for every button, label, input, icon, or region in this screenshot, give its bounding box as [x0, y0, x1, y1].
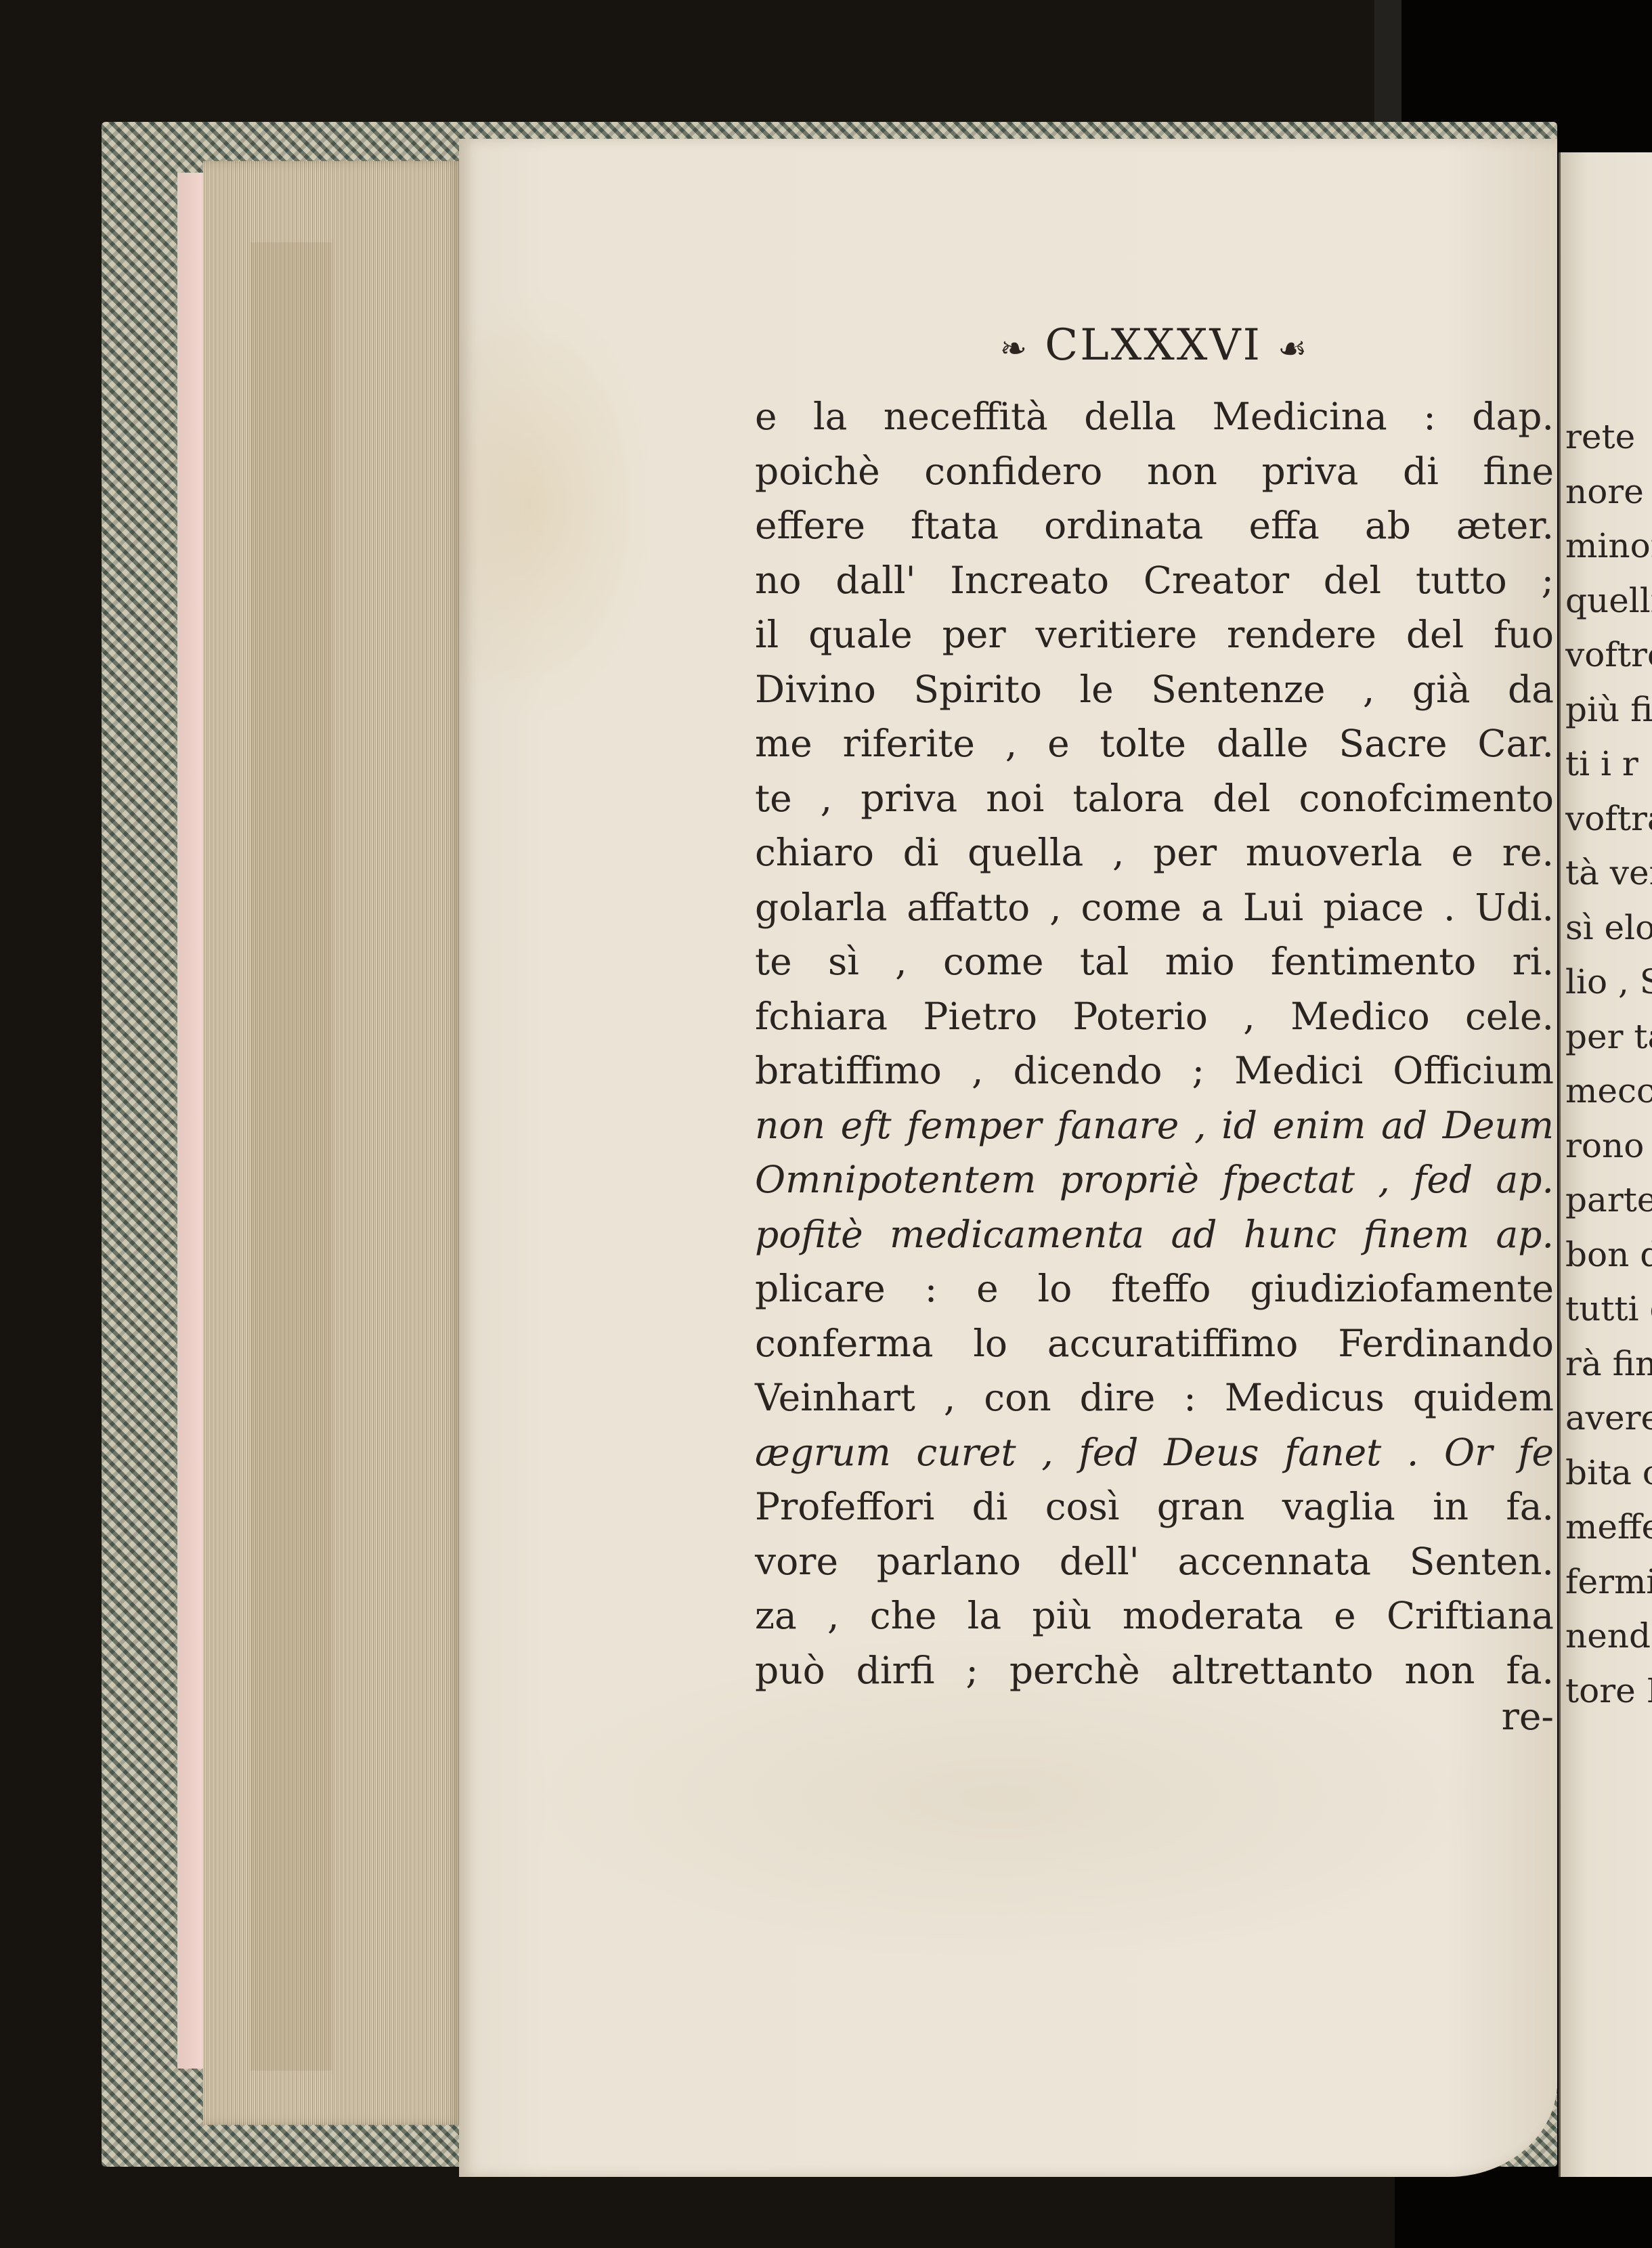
text-line: me riferite , e tolte dalle Sacre Car. [755, 716, 1554, 771]
page-edge-block [203, 161, 460, 2125]
text-line: te sì , come tal mio fentimento ri. [755, 934, 1554, 989]
text-line: e la neceffità della Medicina : dap. [755, 389, 1554, 444]
facing-text-line: voftra [1565, 792, 1652, 846]
facing-text-line: tutti c [1565, 1282, 1652, 1337]
facing-text-line: minor [1565, 519, 1652, 574]
facing-text-line: fermi [1565, 1555, 1652, 1609]
facing-text-line: parte [1565, 1173, 1652, 1228]
text-line: effere ftata ordinata effa ab æter. [755, 498, 1554, 553]
text-line: pofitè medicamenta ad hunc finem ap. [755, 1207, 1554, 1261]
facing-text-line: tà ver [1565, 846, 1652, 901]
facing-text-line: rono [1565, 1119, 1652, 1173]
facing-text-line: nore [1565, 464, 1652, 519]
text-line: non eft femper fanare , id enim ad Deum [755, 1098, 1554, 1152]
text-line: ægrum curet , fed Deus fanet . Or fe [755, 1425, 1554, 1479]
text-line: chiaro di quella , per muoverla e re. [755, 825, 1554, 880]
facing-text-line: bita ca [1565, 1446, 1652, 1500]
text-line: golarla affatto , come a Lui piace . Udi… [755, 880, 1554, 934]
text-line: te , priva noi talora del conofcimento [755, 771, 1554, 825]
facing-text-line: tore I [1565, 1664, 1652, 1719]
text-line: Veinhart , con dire : Medicus quidem [755, 1370, 1554, 1425]
catchword: re- [755, 1689, 1554, 1744]
facing-text-line: per ta [1565, 1010, 1652, 1064]
text-line: fchiara Pietro Poterio , Medico cele. [755, 989, 1554, 1043]
text-line: il quale per veritiere rendere del fuo [755, 607, 1554, 662]
text-line: no dall' Increato Creator del tutto ; [755, 553, 1554, 607]
facing-text-line: bon d [1565, 1228, 1652, 1282]
facing-text-line: lio , S [1565, 955, 1652, 1010]
text-line: za , che la più moderata e Criftiana [755, 1588, 1554, 1643]
text-line: bratiffimo , dicendo ; Medici Officium [755, 1043, 1554, 1098]
text-line: Divino Spirito le Sentenze , già da [755, 662, 1554, 716]
facing-text-line: quelli [1565, 574, 1652, 628]
text-line: vore parlano dell' accennata Senten. [755, 1534, 1554, 1588]
facing-text-line: rà fina [1565, 1337, 1652, 1391]
water-stain [251, 242, 332, 2071]
facing-text-line: avere [1565, 1391, 1652, 1446]
text-line: poichè confidero non priva di fine [755, 444, 1554, 498]
page-number: CLXXXVI [1045, 320, 1262, 370]
text-line: conferma lo accuratiffimo Ferdinando [755, 1316, 1554, 1370]
running-head: ❧ CLXXXVI ☙ [755, 318, 1554, 376]
facing-text-line: rete [1565, 410, 1652, 464]
text-line: Profeffori di così gran vaglia in fa. [755, 1479, 1554, 1534]
facing-text-line: voftro [1565, 628, 1652, 683]
facing-text-line: mecch [1565, 1064, 1652, 1119]
facing-text-line: meffe [1565, 1500, 1652, 1555]
fleuron-right-icon: ☙ [1278, 330, 1309, 368]
fleuron-left-icon: ❧ [1000, 330, 1029, 368]
text-line: Omnipotentem propriè fpectat , fed ap. [755, 1152, 1554, 1207]
facing-text-line: più fi [1565, 683, 1652, 737]
text-line: plicare : e lo fteffo giudiziofamente [755, 1261, 1554, 1316]
facing-page-text: retenoreminorquellivoftropiù fiti i rvof… [1565, 410, 1652, 1718]
facing-text-line: sì elo [1565, 901, 1652, 955]
facing-text-line: ti i r [1565, 737, 1652, 792]
facing-text-line: nendo [1565, 1609, 1652, 1664]
